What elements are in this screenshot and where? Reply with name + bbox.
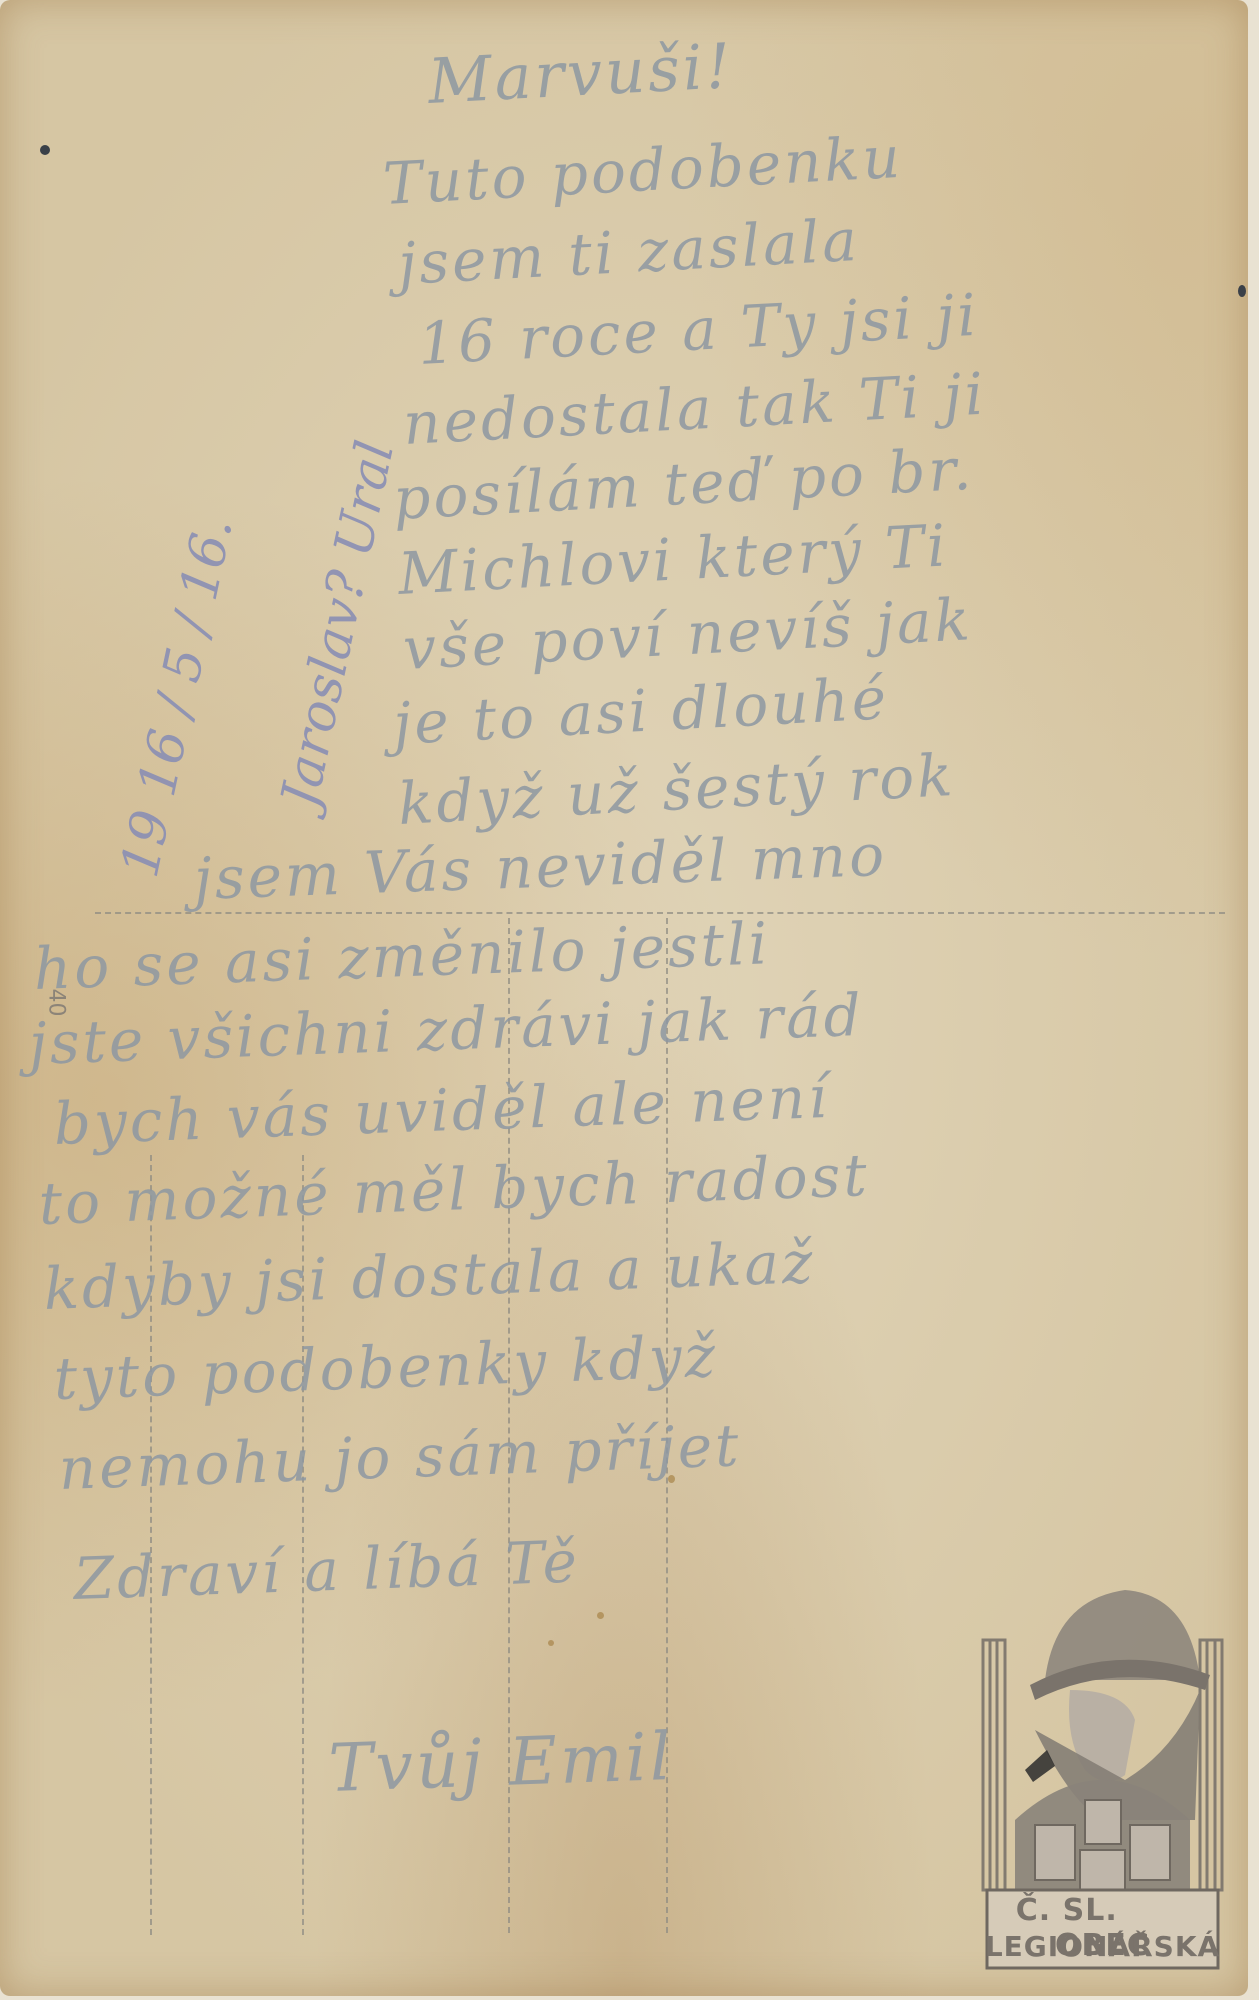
pin-hole	[40, 145, 50, 155]
letter-line: bych vás uviděl ale není	[53, 1063, 831, 1158]
logo-line2: LEGIONÁŘSKÁ	[975, 1930, 1230, 1963]
letter-line: kdyby jsi dostala a ukaž	[43, 1228, 817, 1323]
letter-line: Tuto podobenku	[381, 123, 904, 218]
legion-logo: Č. SL. OBEC LEGIONÁŘSKÁ	[975, 1570, 1230, 1970]
letter-line: to možné měl bych radost	[38, 1141, 871, 1238]
date-note: 19 16 / 5 / 16.	[110, 512, 245, 882]
letter-line: jsem ti zaslala	[396, 206, 861, 298]
logo-line1-left: Č. SL.	[1016, 1893, 1118, 1928]
signature: Tvůj Emil	[327, 1718, 675, 1807]
letter-line: jsem Vás neviděl mno	[193, 821, 889, 913]
letter-line: Zdraví a líbá Tě	[73, 1527, 581, 1613]
stain	[597, 1612, 604, 1619]
pin-hole	[1238, 285, 1246, 297]
side-note: Jaroslav? Ural	[270, 436, 406, 813]
salutation: Marvuši!	[426, 29, 735, 118]
postcard-back: 19 16 / 5 / 16. Jaroslav? Ural 40 Marvuš…	[0, 0, 1248, 1996]
letter-line: nemohu jo sám příjet	[58, 1411, 743, 1503]
stain	[548, 1640, 554, 1646]
letter-line: tyto podobenky když	[53, 1322, 720, 1413]
